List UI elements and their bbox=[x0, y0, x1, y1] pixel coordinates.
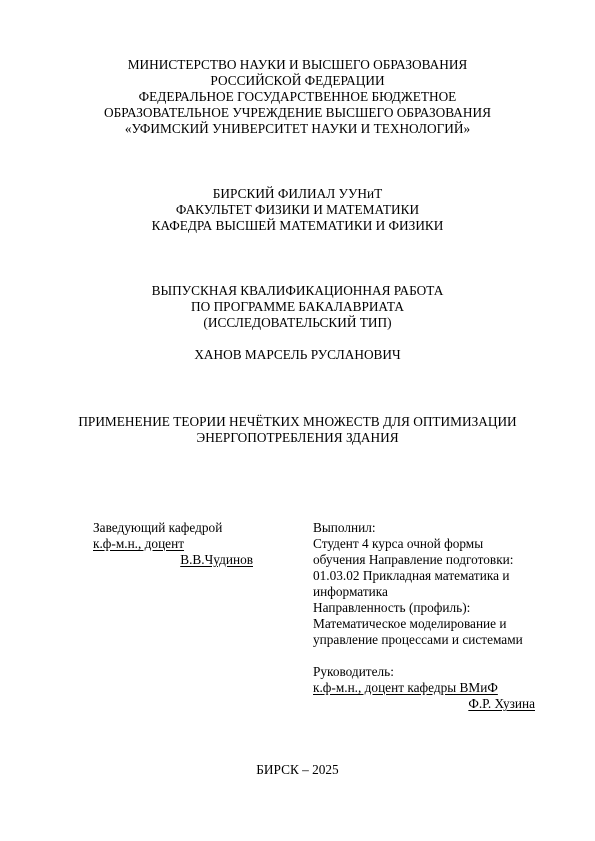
work-type-line: (ИССЛЕДОВАТЕЛЬСКИЙ ТИП) bbox=[0, 315, 595, 331]
department-line: КАФЕДРА ВЫСШЕЙ МАТЕМАТИКИ И ФИЗИКИ bbox=[0, 218, 595, 234]
ministry-header: МИНИСТЕРСТВО НАУКИ И ВЫСШЕГО ОБРАЗОВАНИЯ… bbox=[0, 57, 595, 137]
author-name: ХАНОВ МАРСЕЛЬ РУСЛАНОВИЧ bbox=[0, 347, 595, 363]
faculty-line: ФАКУЛЬТЕТ ФИЗИКИ И МАТЕМАТИКИ bbox=[0, 202, 595, 218]
student-info-line: 01.03.02 Прикладная математика и bbox=[313, 568, 553, 584]
head-degree: к.ф-м.н., доцент bbox=[93, 536, 184, 551]
city-year: БИРСК – 2025 bbox=[0, 762, 595, 778]
author-block: ХАНОВ МАРСЕЛЬ РУСЛАНОВИЧ bbox=[0, 347, 595, 363]
student-info-line: управление процессами и системами bbox=[313, 632, 553, 648]
performed-by-block: Выполнил: Студент 4 курса очной формы об… bbox=[313, 520, 553, 712]
head-of-department-block: Заведующий кафедрой к.ф-м.н., доцент В.В… bbox=[93, 520, 253, 568]
supervisor-degree: к.ф-м.н., доцент кафедры ВМиФ bbox=[313, 680, 498, 695]
student-info-line: Студент 4 курса очной формы bbox=[313, 536, 553, 552]
work-type-line: ВЫПУСКНАЯ КВАЛИФИКАЦИОННАЯ РАБОТА bbox=[0, 283, 595, 299]
header-line: РОССИЙСКОЙ ФЕДЕРАЦИИ bbox=[0, 73, 595, 89]
header-line: МИНИСТЕРСТВО НАУКИ И ВЫСШЕГО ОБРАЗОВАНИЯ bbox=[0, 57, 595, 73]
thesis-title-line: ЭНЕРГОПОТРЕБЛЕНИЯ ЗДАНИЯ bbox=[0, 430, 595, 446]
performed-by-label: Выполнил: bbox=[313, 520, 553, 536]
thesis-title: ПРИМЕНЕНИЕ ТЕОРИИ НЕЧЁТКИХ МНОЖЕСТВ ДЛЯ … bbox=[0, 414, 595, 446]
supervisor-label: Руководитель: bbox=[313, 664, 553, 680]
student-info-line: Направленность (профиль): bbox=[313, 600, 553, 616]
branch-line: БИРСКИЙ ФИЛИАЛ УУНиТ bbox=[0, 186, 595, 202]
footer-block: БИРСК – 2025 bbox=[0, 762, 595, 778]
work-type-line: ПО ПРОГРАММЕ БАКАЛАВРИАТА bbox=[0, 299, 595, 315]
student-info-line: обучения Направление подготовки: bbox=[313, 552, 553, 568]
head-title: Заведующий кафедрой bbox=[93, 520, 253, 536]
head-name: В.В.Чудинов bbox=[180, 552, 253, 567]
work-type-block: ВЫПУСКНАЯ КВАЛИФИКАЦИОННАЯ РАБОТА ПО ПРО… bbox=[0, 283, 595, 331]
supervisor-name: Ф.Р. Хузина bbox=[468, 696, 535, 711]
header-line: «УФИМСКИЙ УНИВЕРСИТЕТ НАУКИ И ТЕХНОЛОГИЙ… bbox=[0, 121, 595, 137]
header-line: ФЕДЕРАЛЬНОЕ ГОСУДАРСТВЕННОЕ БЮДЖЕТНОЕ bbox=[0, 89, 595, 105]
student-info-line: Математическое моделирование и bbox=[313, 616, 553, 632]
branch-block: БИРСКИЙ ФИЛИАЛ УУНиТ ФАКУЛЬТЕТ ФИЗИКИ И … bbox=[0, 186, 595, 234]
header-line: ОБРАЗОВАТЕЛЬНОЕ УЧРЕЖДЕНИЕ ВЫСШЕГО ОБРАЗ… bbox=[0, 105, 595, 121]
spacer bbox=[313, 648, 553, 664]
thesis-title-line: ПРИМЕНЕНИЕ ТЕОРИИ НЕЧЁТКИХ МНОЖЕСТВ ДЛЯ … bbox=[0, 414, 595, 430]
student-info-line: информатика bbox=[313, 584, 553, 600]
